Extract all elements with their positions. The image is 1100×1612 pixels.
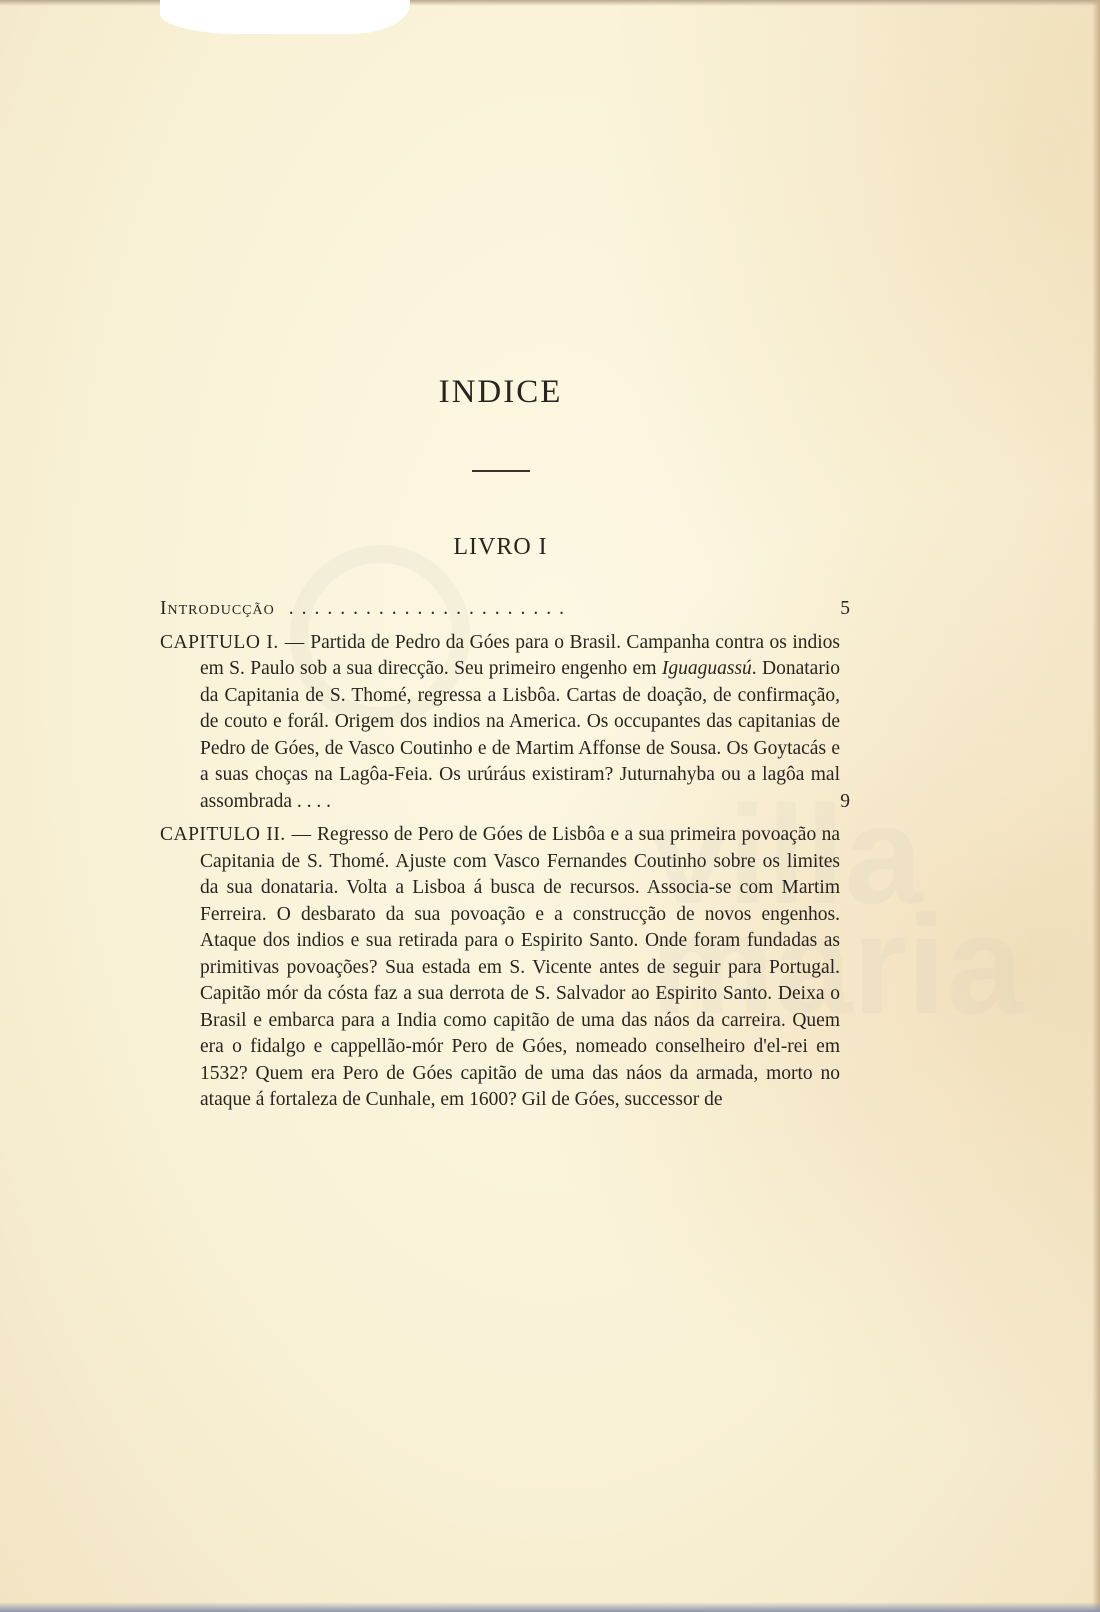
toc-entry-chapter-2: CAPITULO II. — Regresso de Pero de Góes … <box>160 822 850 1114</box>
chapter-label: CAPITULO I. — <box>160 632 305 653</box>
toc-entry-introduction: Introducção ...................... 5 <box>160 596 850 623</box>
chapter-label: CAPITULO II. — <box>160 824 312 845</box>
chapter-summary: CAPITULO I. — Partida de Pedro da Góes p… <box>160 630 840 816</box>
scanned-page: villamaria INDICE LIVRO I Introducção ..… <box>0 0 1100 1612</box>
dot-leader: ...................... <box>275 596 810 623</box>
page-title: INDICE <box>0 374 1001 411</box>
chapter-text: Regresso de Pero de Góes de Lisbôa e a s… <box>200 824 840 1110</box>
page-bottom-edge <box>0 1602 1100 1612</box>
chapter-text-italic: Iguaguassú <box>662 658 752 679</box>
chapter-summary: CAPITULO II. — Regresso de Pero de Góes … <box>160 822 840 1114</box>
table-of-contents: Introducção ...................... 5 CAP… <box>160 596 850 1121</box>
title-divider <box>472 470 530 472</box>
page-right-edge <box>1092 0 1100 1612</box>
paper-tear <box>160 0 410 34</box>
book-heading: LIVRO I <box>0 534 1001 561</box>
toc-page-number: 5 <box>810 596 850 623</box>
toc-page-number: 9 <box>810 789 850 816</box>
toc-entry-chapter-1: CAPITULO I. — Partida de Pedro da Góes p… <box>160 630 850 816</box>
chapter-text-cont: . Donatario da Capitania de S. Thomé, re… <box>200 658 840 812</box>
toc-entry-label: Introducção <box>160 596 275 623</box>
